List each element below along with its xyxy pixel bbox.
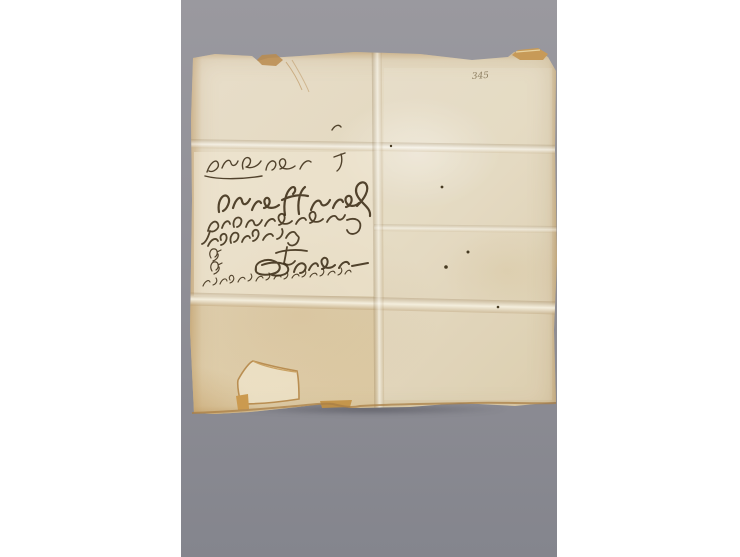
address-panel (194, 152, 374, 296)
fold-crease-vertical (372, 50, 385, 418)
paper-lower-left-toning (188, 300, 378, 418)
photo-backdrop (181, 0, 557, 557)
paper-edge-left (188, 50, 202, 418)
paper-edge-right (549, 50, 558, 418)
fold-crease-horizontal-middle (374, 224, 558, 233)
photo-of-letter: 345 (0, 0, 740, 557)
paper-corner-stain (188, 328, 308, 418)
letter-paper (188, 50, 558, 418)
paper-right-sheen (384, 68, 552, 400)
